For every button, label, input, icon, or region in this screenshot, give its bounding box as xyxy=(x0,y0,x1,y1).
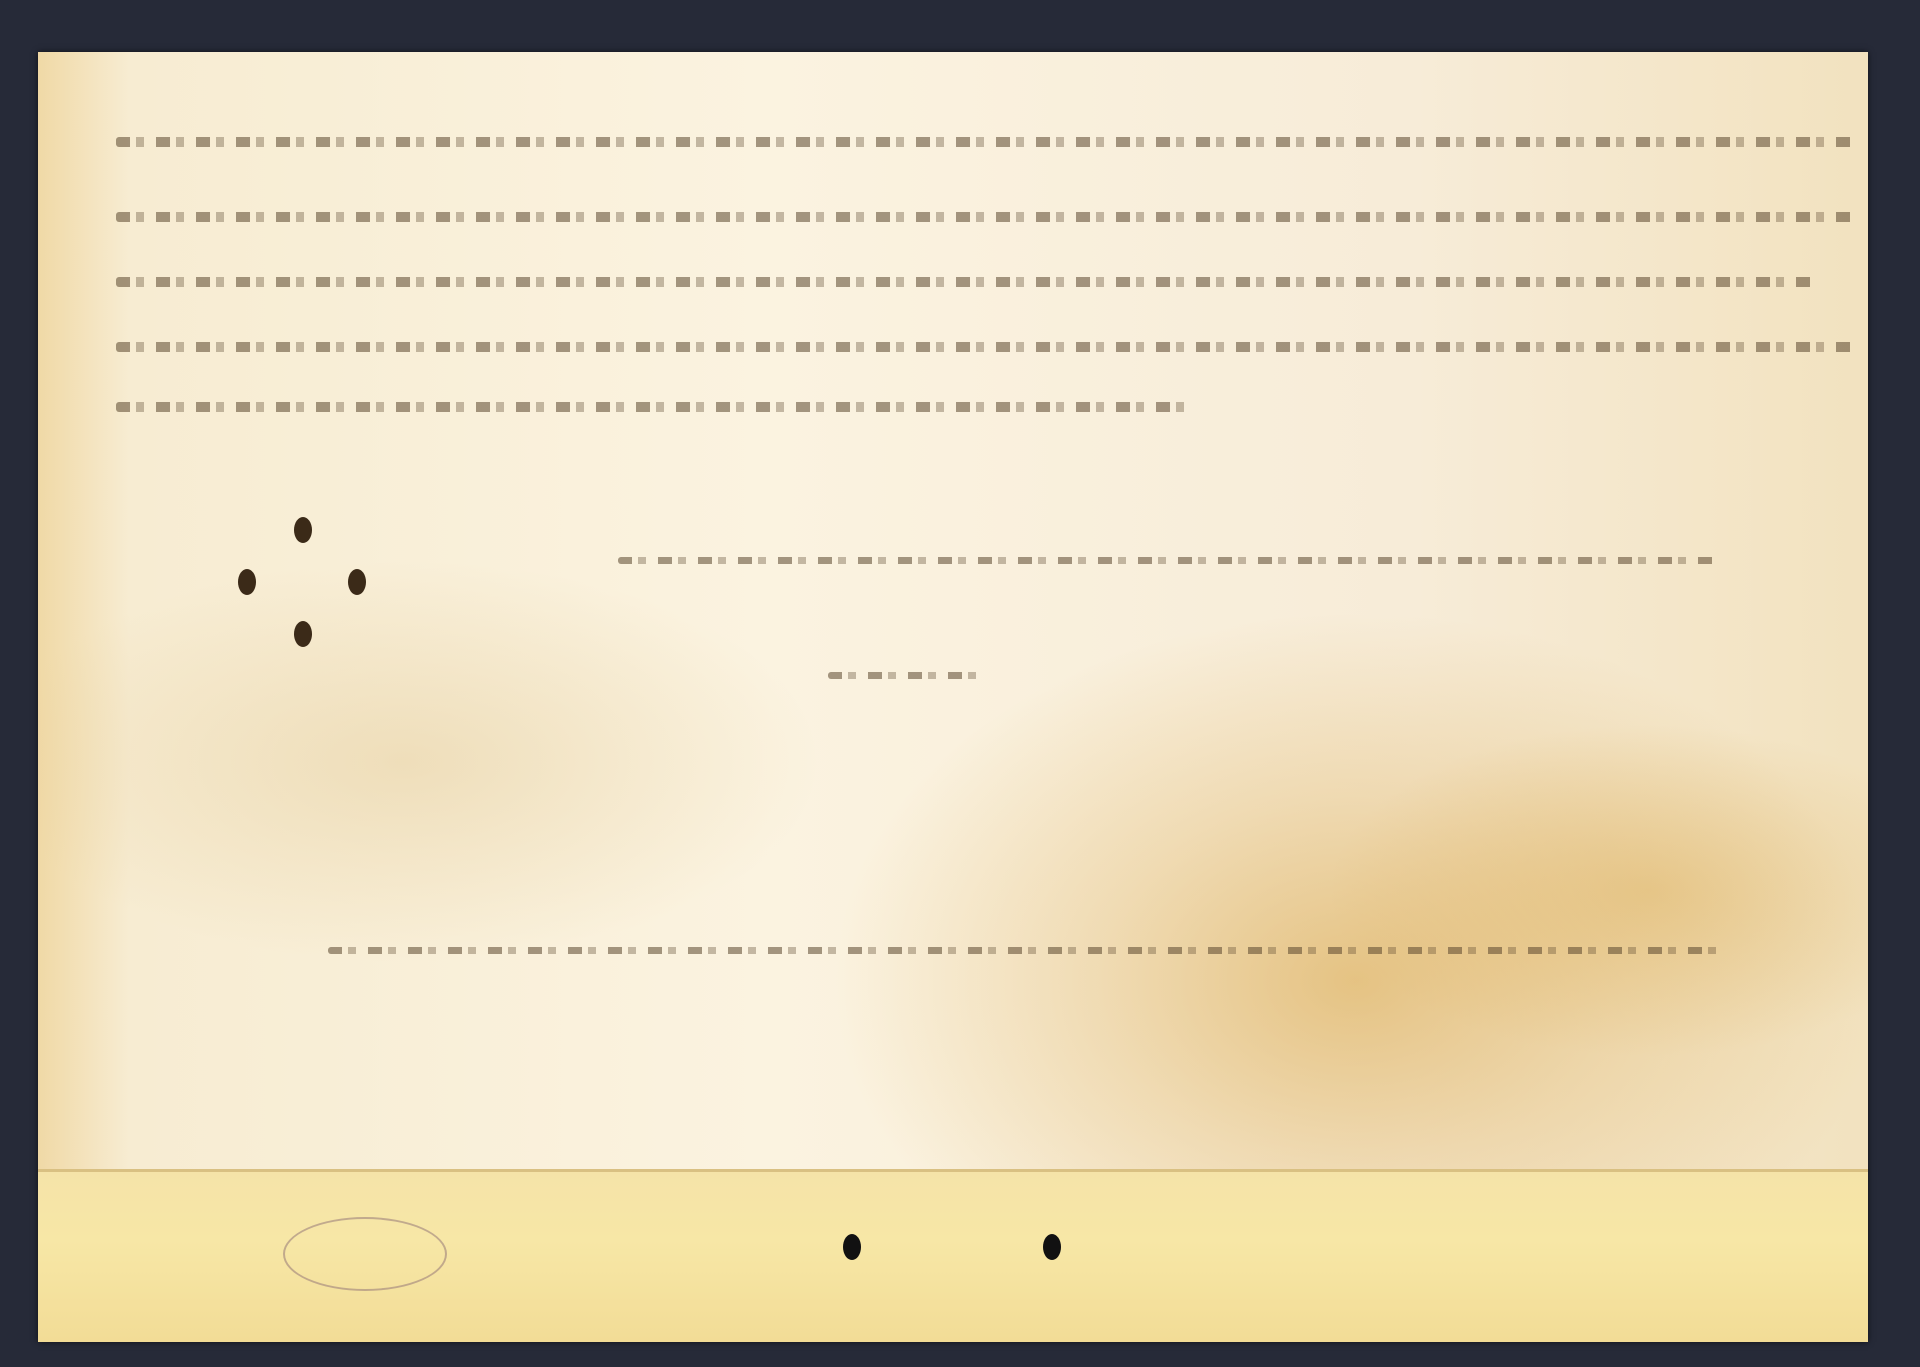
parchment-document: Medieval parchment charter xyxy=(38,52,1868,1342)
signature-line xyxy=(828,672,988,679)
signature-line xyxy=(328,947,1728,954)
text-line xyxy=(116,137,1856,147)
monogram-cross xyxy=(238,517,368,647)
text-line xyxy=(116,277,1816,287)
text-line xyxy=(116,212,1856,222)
seal-cord-hole xyxy=(843,1234,861,1260)
folded-edge xyxy=(38,1169,1868,1342)
seal-cord-hole xyxy=(1043,1234,1061,1260)
text-line xyxy=(116,402,1196,412)
seal-outline xyxy=(283,1217,447,1291)
text-line xyxy=(116,342,1856,352)
signature-line xyxy=(618,557,1718,564)
